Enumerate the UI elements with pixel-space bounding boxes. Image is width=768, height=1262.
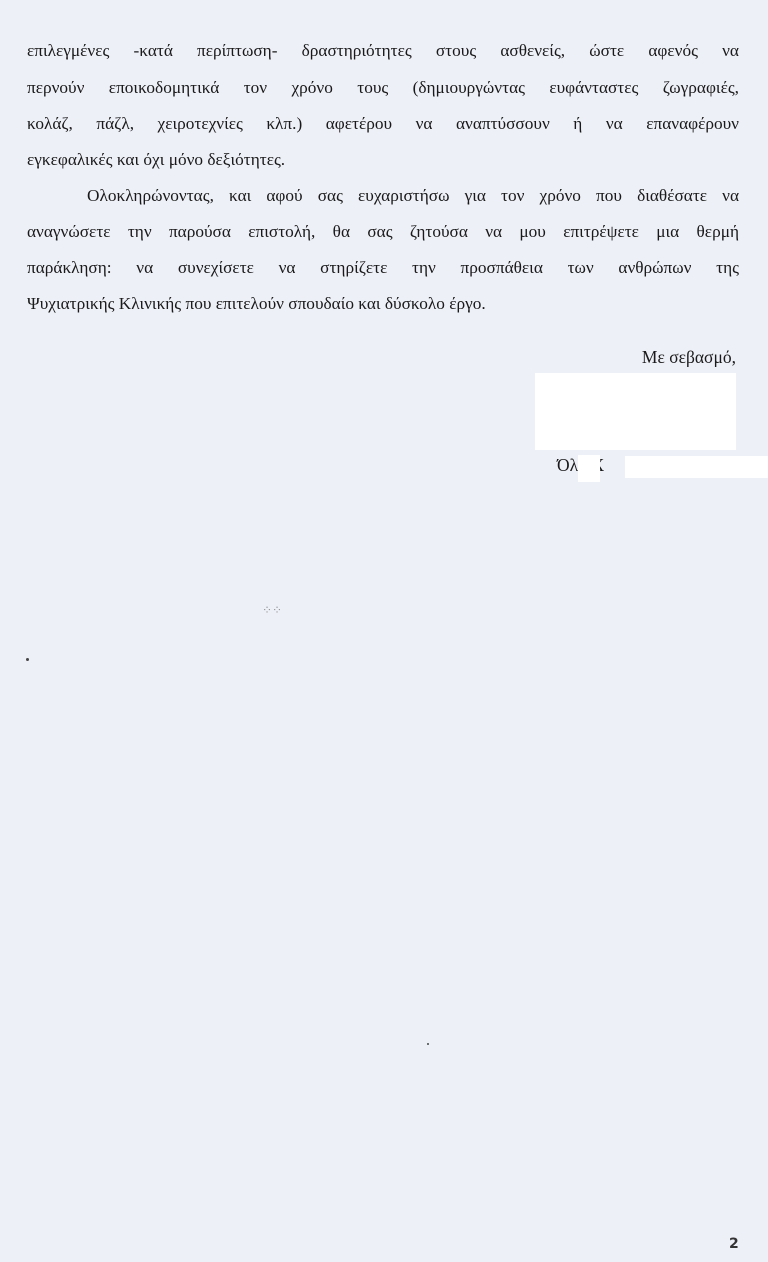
scan-artifact: ⁘⁘ — [262, 603, 282, 618]
name-redaction-2 — [625, 456, 768, 478]
scan-speck — [26, 658, 29, 661]
paragraph-2-line-3: παράκληση: να συνεχίσετε να στηρίζετε τη… — [27, 258, 739, 278]
scan-speck — [427, 1043, 429, 1045]
page-number: 2 — [729, 1236, 739, 1252]
paragraph-2-line-4: Ψυχιατρικής Κλινικής που επιτελούν σπουδ… — [27, 294, 739, 314]
paragraph-1-line-3: κολάζ, πάζλ, χειροτεχνίες κλπ.) αφετέρου… — [27, 114, 739, 134]
paragraph-1-line-1: επιλεγμένες -κατά περίπτωση- δραστηριότη… — [27, 41, 739, 61]
paragraph-2-line-2: αναγνώσετε την παρούσα επιστολή, θα σας … — [27, 222, 739, 242]
signature-redaction — [535, 373, 736, 450]
paragraph-1-line-4: εγκεφαλικές και όχι μόνο δεξιότητες. — [27, 150, 739, 170]
paragraph-1-line-2: περνούν εποικοδομητικά τον χρόνο τους (δ… — [27, 78, 739, 98]
closing-salutation: Με σεβασμό, — [642, 347, 736, 368]
name-redaction-1 — [578, 455, 600, 482]
paragraph-2-line-1: Ολοκληρώνοντας, και αφού σας ευχαριστήσω… — [87, 186, 739, 206]
